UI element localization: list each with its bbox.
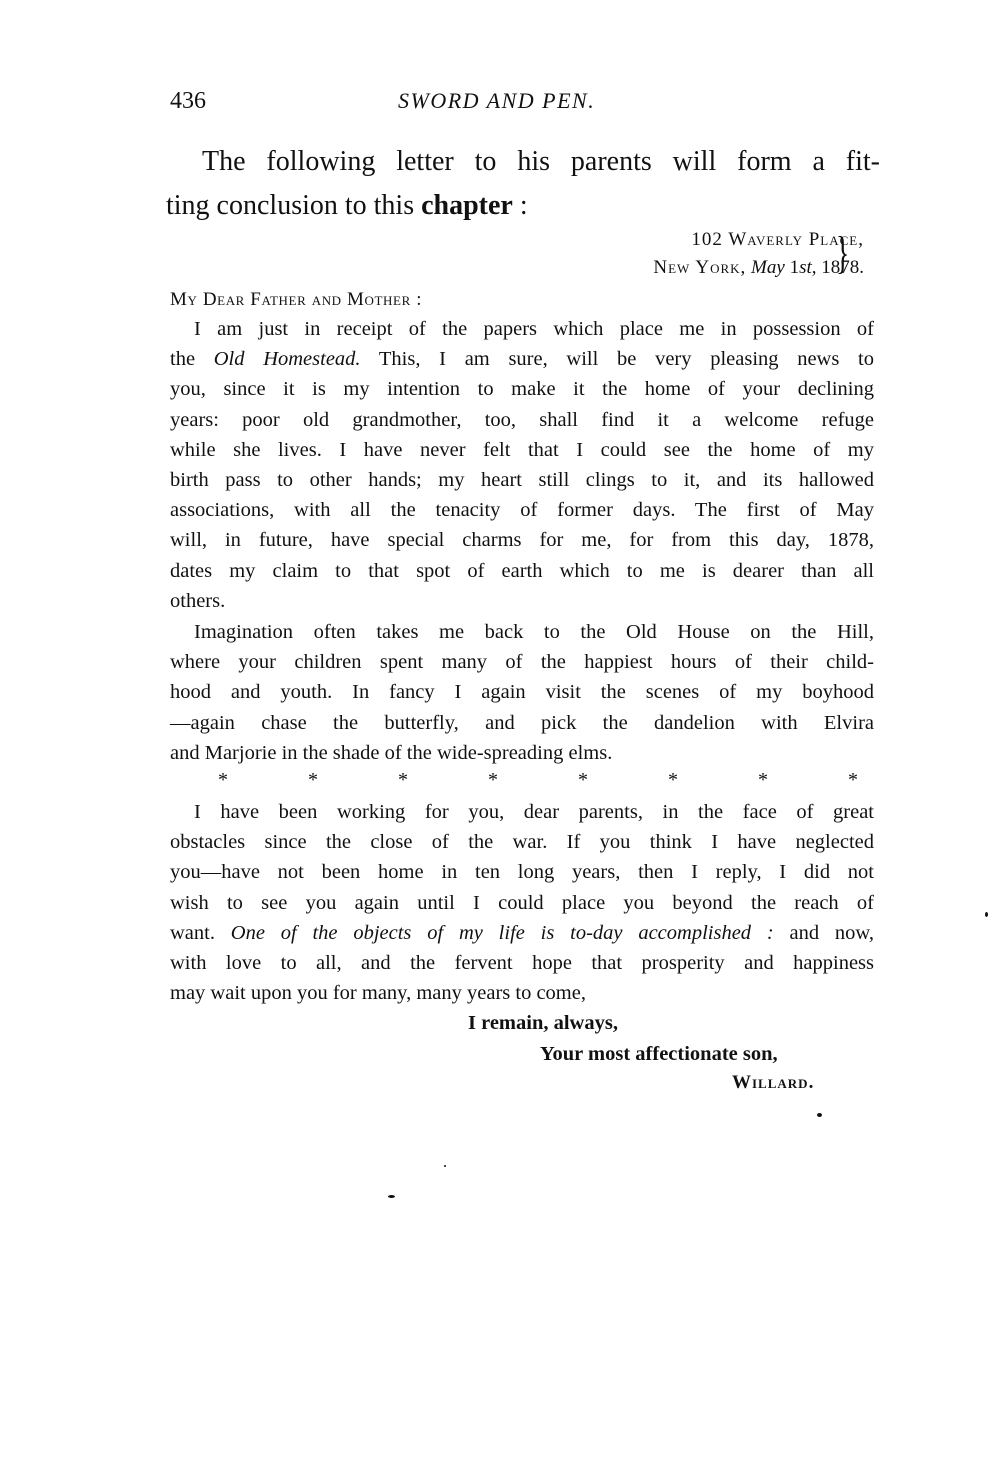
text-line: you—have not been home in ten long years… — [170, 857, 874, 887]
text-line: while she lives. I have never felt that … — [170, 435, 874, 465]
asterisk: * — [308, 768, 318, 792]
letter-paragraph-3: I have been working for you, dear parent… — [170, 797, 874, 1008]
asterisk: * — [758, 768, 768, 792]
text-line: —again chase the butterfly, and pick the… — [170, 708, 874, 738]
dateline-brace: } — [836, 230, 846, 280]
letter-dateline: 102 Waverly Place, New York, May 1st, 18… — [653, 226, 864, 282]
intro-bold-word: chapter — [421, 190, 513, 221]
dateline-ordinal: st — [799, 257, 812, 278]
dateline-city: New York, — [653, 257, 746, 278]
scan-speck — [388, 1195, 395, 1198]
asterisk: * — [848, 768, 858, 792]
asterisk: * — [218, 768, 228, 792]
text-line: hood and youth. In fancy I again visit t… — [170, 677, 874, 707]
text-line: want. One of the objects of my life is t… — [170, 918, 874, 948]
text-line: will, in future, have special charms for… — [170, 525, 874, 555]
dateline-day: 1 — [785, 257, 799, 278]
section-separator: * * * * * * * * — [218, 768, 858, 792]
italic-title-old-homestead: Old Homestead. — [214, 348, 361, 370]
text-line: wish to see you again until I could plac… — [170, 888, 874, 918]
text-line: and Marjorie in the shade of the wide-sp… — [170, 738, 874, 768]
text-line: where your children spent many of the ha… — [170, 647, 874, 677]
asterisk: * — [398, 768, 408, 792]
signature: Willard. — [732, 1068, 814, 1098]
intro-paragraph: The following letter to his parents will… — [166, 140, 880, 228]
text-line: years: poor old grandmother, too, shall … — [170, 405, 874, 435]
text-line: you, since it is my intention to make it… — [170, 374, 874, 404]
running-head: 436 SWORD AND PEN. — [170, 84, 870, 118]
asterisk: * — [578, 768, 588, 792]
text-line: associations, with all the tenacity of f… — [170, 495, 874, 525]
text-run: want. — [170, 922, 231, 944]
dateline-month: May — [751, 257, 785, 278]
page-number: 436 — [170, 84, 206, 118]
intro-line-2: ting conclusion to this chapter : — [166, 184, 880, 228]
scan-speck — [985, 912, 988, 917]
text-run: the — [170, 348, 214, 370]
text-run: This, I am sure, will be very pleasing n… — [361, 348, 874, 370]
text-line: others. — [170, 586, 874, 616]
text-line: birth pass to other hands; my heart stil… — [170, 465, 874, 495]
letter-salutation: My Dear Father and Mother : — [170, 286, 422, 314]
intro-line-1: The following letter to his parents will… — [166, 140, 880, 184]
text-line: the Old Homestead. This, I am sure, will… — [170, 344, 874, 374]
text-line: with love to all, and the fervent hope t… — [170, 948, 874, 978]
text-run: and now, — [774, 922, 874, 944]
asterisk: * — [488, 768, 498, 792]
intro-text: ting conclusion to this — [166, 190, 421, 221]
scan-speck — [444, 1165, 446, 1167]
text-line: dates my claim to that spot of earth whi… — [170, 556, 874, 586]
book-page: 436 SWORD AND PEN. The following letter … — [0, 0, 1000, 1468]
intro-colon: : — [513, 190, 528, 221]
letter-paragraph-1: I am just in receipt of the papers which… — [170, 314, 874, 616]
running-title: SWORD AND PEN. — [398, 84, 595, 118]
text-line: Imagination often takes me back to the O… — [170, 617, 874, 647]
text-line: I have been working for you, dear parent… — [170, 797, 874, 827]
text-line: I am just in receipt of the papers which… — [170, 314, 874, 344]
asterisk: * — [668, 768, 678, 792]
closing-line-2: Your most affectionate son, — [540, 1039, 778, 1069]
closing-line-1: I remain, always, — [468, 1008, 618, 1038]
text-line: obstacles since the close of the war. If… — [170, 827, 874, 857]
italic-emphasis: One of the objects of my life is to-day … — [231, 922, 774, 944]
dateline-address: 102 Waverly Place, — [653, 226, 864, 254]
scan-speck — [817, 1113, 822, 1117]
letter-paragraph-2: Imagination often takes me back to the O… — [170, 617, 874, 768]
text-line: may wait upon you for many, many years t… — [170, 978, 874, 1008]
dateline-city-date: New York, May 1st, 1878. — [653, 254, 864, 282]
